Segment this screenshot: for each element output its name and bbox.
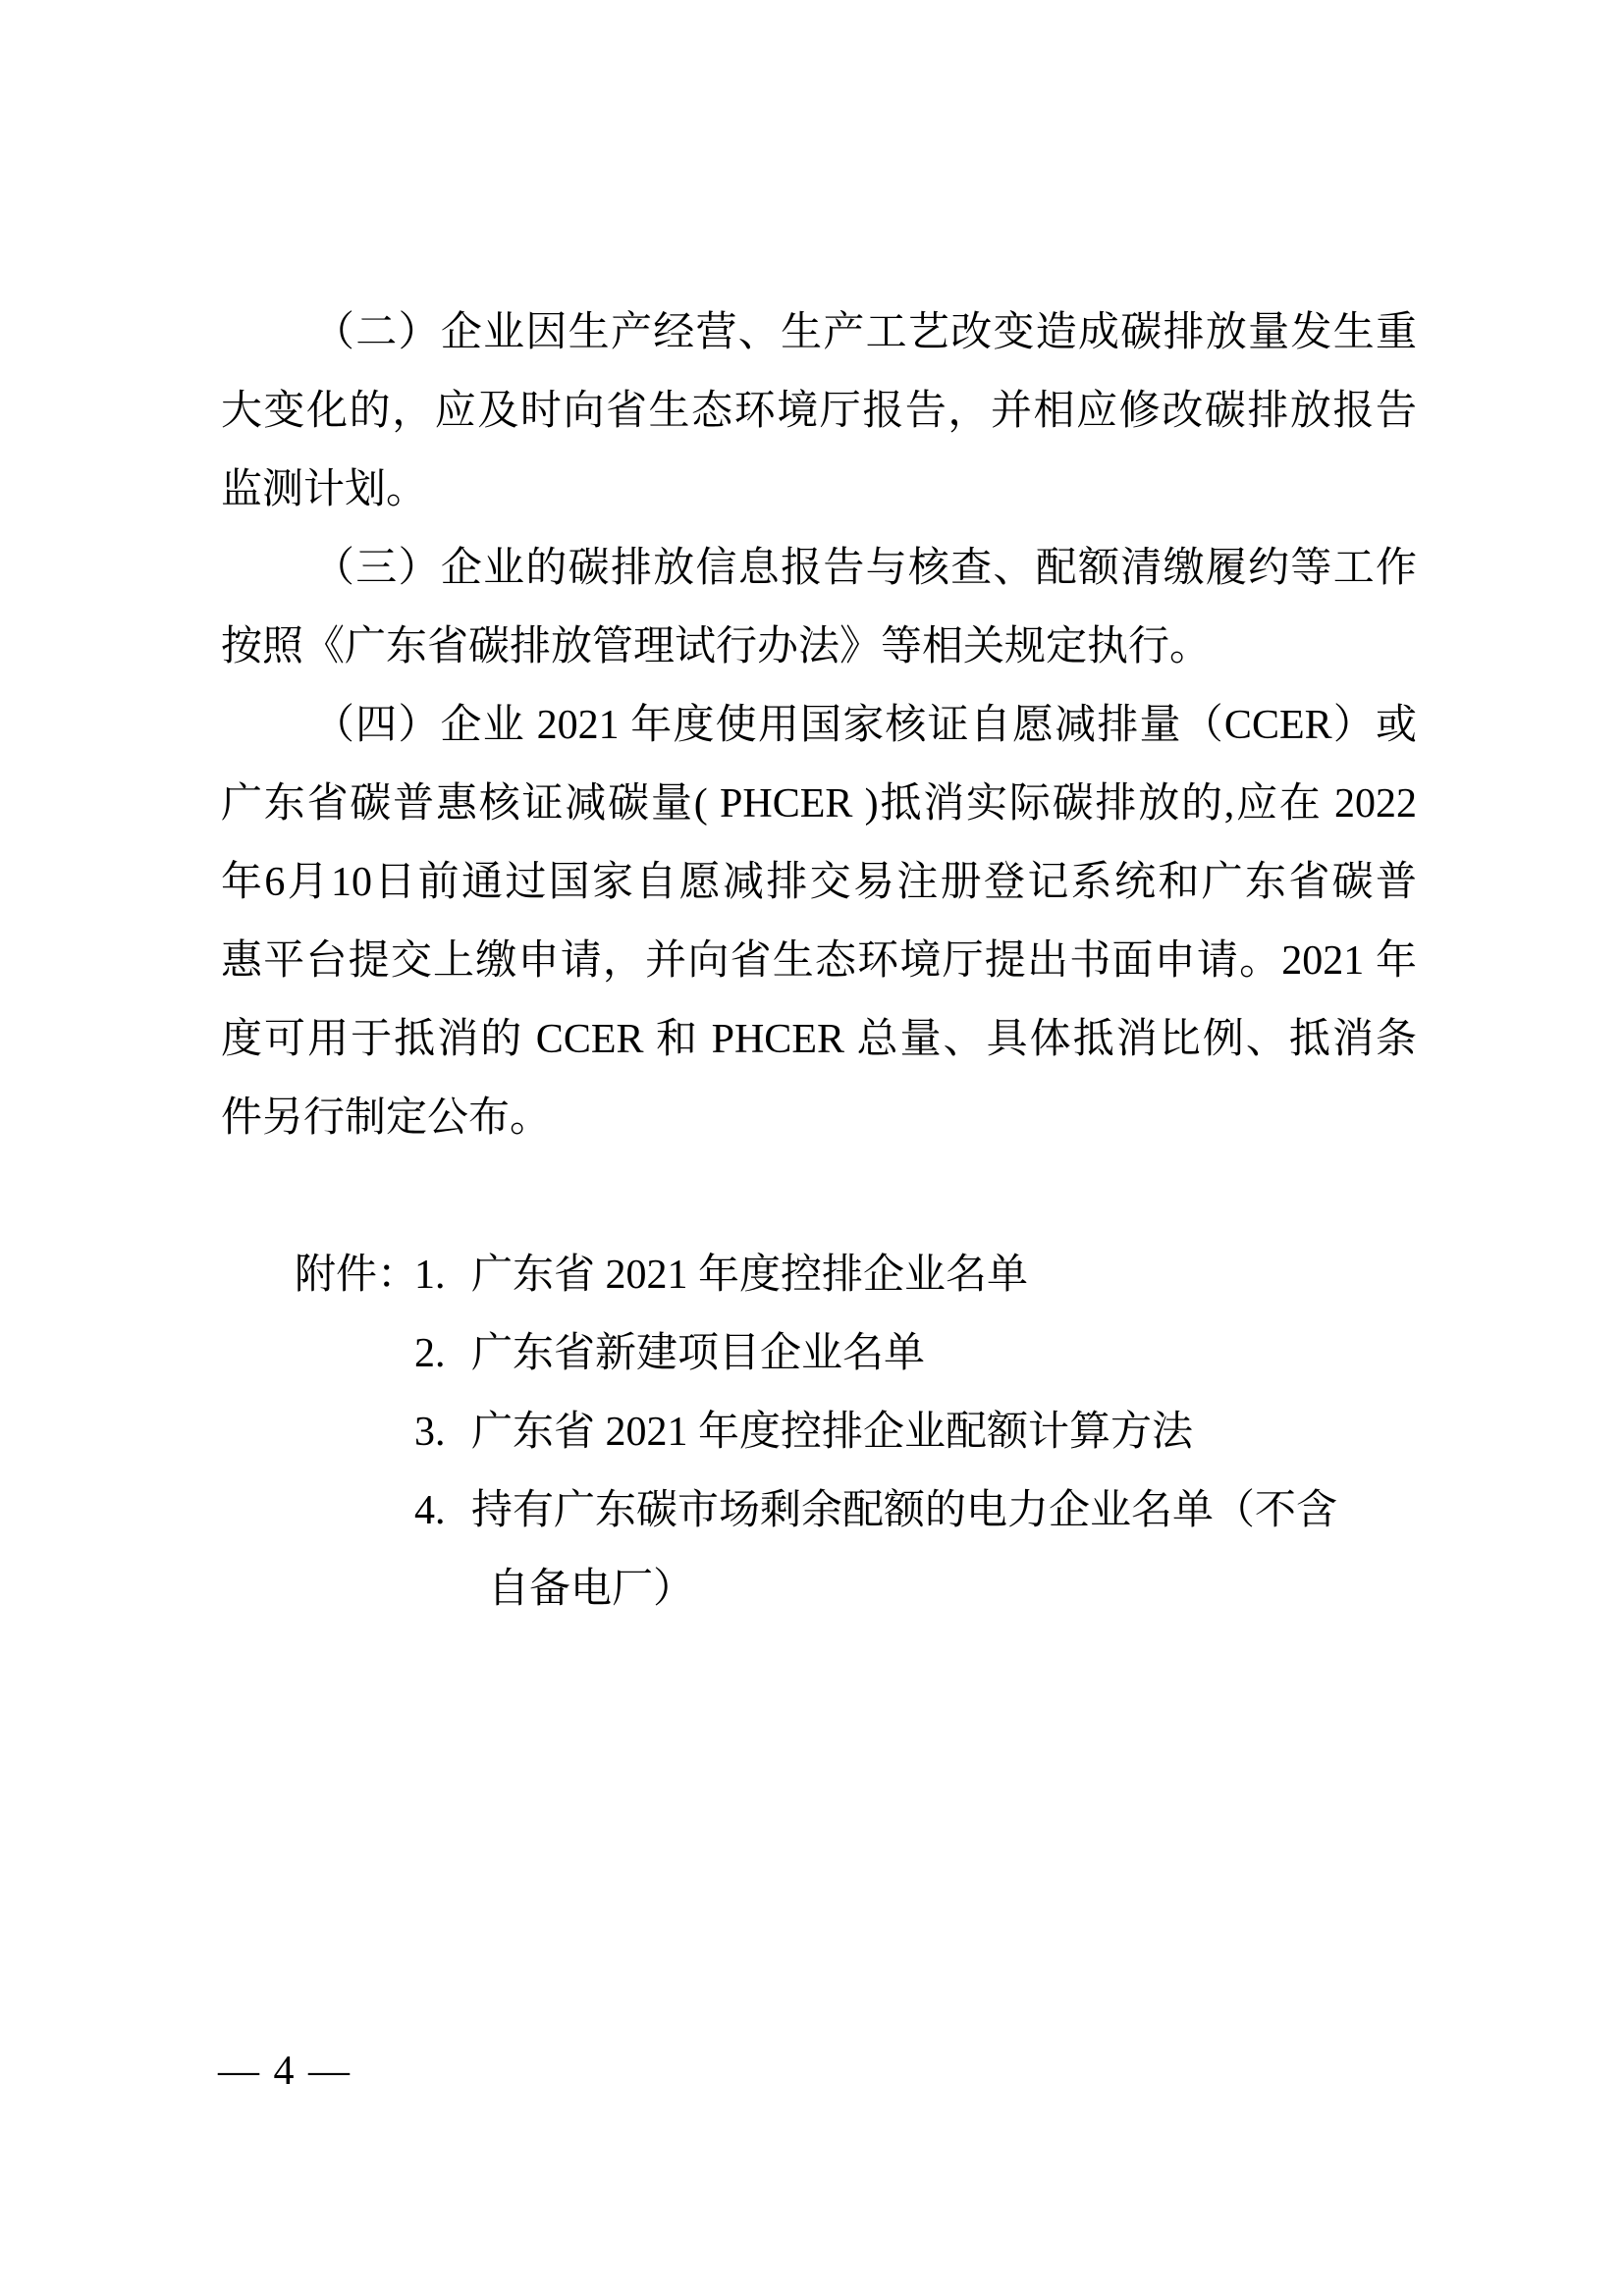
attachment-item-4-continuation: 自备电厂） xyxy=(295,1550,694,1629)
body-line-8: 年6月10日前通过国家自愿减排交易注册登记系统和广东省碳普 xyxy=(221,843,1417,922)
body-line-4: （三）企业的碳排放信息报告与核查、配额清缴履约等工作 xyxy=(221,529,1417,608)
page-number: — 4 — xyxy=(218,2048,352,2095)
attachment-item-3-text: 广东省 2021 年度控排企业配额计算方法 xyxy=(471,1393,1193,1471)
body-line-9: 惠平台提交上缴申请，并向省生态环境厅提出书面申请。2021 年 xyxy=(221,922,1417,1000)
attachment-item-3-number: 3. xyxy=(414,1393,471,1471)
attachment-label: 附件： xyxy=(295,1236,414,1314)
body-line-5: 按照《广东省碳排放管理试行办法》等相关规定执行。 xyxy=(221,608,1417,686)
body-line-11: 件另行制定公布。 xyxy=(221,1079,1417,1157)
attachment-item-4-text: 持有广东碳市场剩余配额的电力企业名单（不含 xyxy=(471,1471,1337,1550)
attachment-row-2: 2. 广东省新建项目企业名单 xyxy=(295,1314,1337,1393)
attachment-item-1-number: 1. xyxy=(414,1236,471,1314)
attachment-row-3: 3. 广东省 2021 年度控排企业配额计算方法 xyxy=(295,1393,1337,1471)
attachment-item-4-number: 4. xyxy=(414,1471,471,1550)
attachment-section: 附件： 1. 广东省 2021 年度控排企业名单 2. 广东省新建项目企业名单 … xyxy=(295,1236,1337,1629)
body-line-6: （四）企业 2021 年度使用国家核证自愿减排量（CCER）或 xyxy=(221,686,1417,765)
attachment-item-2-text: 广东省新建项目企业名单 xyxy=(471,1314,925,1393)
attachment-item-2-number: 2. xyxy=(414,1314,471,1393)
attachment-item-1-text: 广东省 2021 年度控排企业名单 xyxy=(471,1236,1028,1314)
body-line-7: 广东省碳普惠核证减碳量( PHCER )抵消实际碳排放的,应在 2022 xyxy=(221,765,1417,843)
document-body: （二）企业因生产经营、生产工艺改变造成碳排放量发生重 大变化的，应及时向省生态环… xyxy=(221,294,1417,1157)
attachment-row-5: 自备电厂） xyxy=(295,1550,1337,1629)
attachment-row-4: 4. 持有广东碳市场剩余配额的电力企业名单（不含 xyxy=(295,1471,1337,1550)
document-page: （二）企业因生产经营、生产工艺改变造成碳排放量发生重 大变化的，应及时向省生态环… xyxy=(0,0,1624,2296)
body-line-10: 度可用于抵消的 CCER 和 PHCER 总量、具体抵消比例、抵消条 xyxy=(221,1000,1417,1079)
attachment-row-1: 附件： 1. 广东省 2021 年度控排企业名单 xyxy=(295,1236,1337,1314)
body-line-1: （二）企业因生产经营、生产工艺改变造成碳排放量发生重 xyxy=(221,294,1417,372)
body-line-2: 大变化的，应及时向省生态环境厅报告，并相应修改碳排放报告 xyxy=(221,372,1417,451)
body-line-3: 监测计划。 xyxy=(221,451,1417,529)
